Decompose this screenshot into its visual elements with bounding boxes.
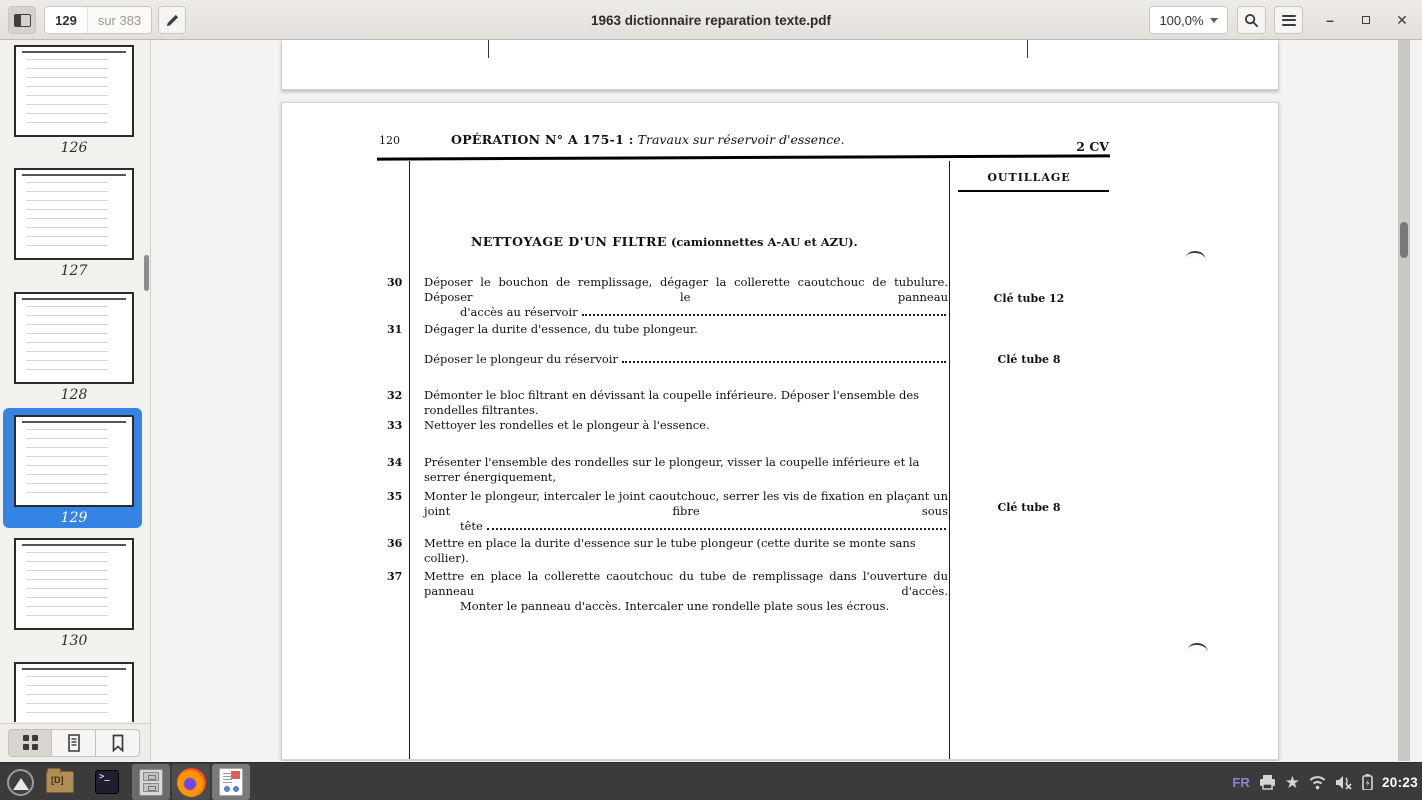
- thumbnails-view-button[interactable]: [8, 729, 52, 757]
- sidebar-mode-bar: [0, 723, 150, 761]
- minimize-icon: –: [1326, 12, 1334, 28]
- thumbnail-label: 128: [14, 387, 134, 403]
- close-icon: ✕: [1396, 12, 1408, 29]
- step-text: Déposer le plongeur du réservoir: [424, 352, 618, 367]
- battery-charging-icon[interactable]: [1362, 774, 1373, 790]
- scan-artifact: [1186, 250, 1207, 260]
- operation-title: OPÉRATION N° A 175-1 : Travaux sur réser…: [451, 132, 845, 147]
- thumbnail-image: [14, 662, 134, 722]
- thumbnail-image: [14, 538, 134, 630]
- vehicle-model: 2 CV: [1052, 139, 1109, 154]
- tool-cle-tube-8: Clé tube 8: [949, 501, 1109, 514]
- system-tray: FR ★ 20:23: [1232, 763, 1418, 800]
- step-number: 31: [387, 322, 413, 337]
- tool-cle-tube-8: Clé tube 8: [949, 353, 1109, 366]
- thumbnail-page-130[interactable]: 130: [14, 538, 134, 649]
- close-button[interactable]: ✕: [1390, 8, 1414, 32]
- star-icon[interactable]: ★: [1285, 774, 1300, 791]
- step-number: 34: [387, 455, 413, 470]
- thumbnail-page-131[interactable]: [14, 662, 134, 722]
- thumbnail-image: [14, 168, 134, 260]
- file-browser-launcher[interactable]: [41, 764, 79, 800]
- step-33: 33 Nettoyer les rondelles et le plongeur…: [424, 418, 948, 433]
- step-text: Démonter le bloc filtrant en dévissant l…: [424, 388, 948, 418]
- minimize-button[interactable]: –: [1318, 8, 1342, 32]
- pencil-icon: [165, 13, 180, 28]
- step-35: 35 Monter le plongeur, intercaler le joi…: [424, 489, 948, 534]
- annotations-view-button[interactable]: [52, 729, 96, 757]
- thumbnail-page-129-selected[interactable]: 129: [14, 415, 134, 526]
- thumbnail-label: 129: [14, 510, 134, 526]
- rule-tick: [1027, 40, 1028, 58]
- main-scrollbar-thumb[interactable]: [1400, 222, 1408, 258]
- thumbnail-sidebar: 126 127 128 129 130: [0, 40, 151, 761]
- step-30: 30 Déposer le bouchon de remplissage, dé…: [424, 275, 948, 320]
- menu-button[interactable]: [1274, 6, 1303, 34]
- printer-icon[interactable]: [1259, 774, 1276, 790]
- step-number: 36: [387, 536, 413, 551]
- document-viewer-app[interactable]: [212, 764, 250, 800]
- firefox-launcher[interactable]: [172, 764, 210, 800]
- step-text: d'accès au réservoir: [460, 305, 578, 320]
- sidebar-toggle-button[interactable]: [8, 6, 36, 34]
- dock: [0, 763, 251, 800]
- restore-button[interactable]: [1354, 8, 1378, 32]
- previous-page-bottom: [281, 40, 1279, 90]
- outillage-header: OUTILLAGE: [949, 171, 1109, 184]
- dotted-leader: [487, 528, 946, 530]
- step-32: 32 Démonter le bloc filtrant en dévissan…: [424, 388, 948, 418]
- keyboard-layout-indicator[interactable]: FR: [1232, 775, 1249, 790]
- step-31-continuation: Déposer le plongeur du réservoir: [424, 352, 948, 367]
- step-text: tête: [460, 519, 483, 534]
- annotate-button[interactable]: [158, 6, 186, 34]
- step-number: 32: [387, 388, 413, 403]
- bookmarks-view-button[interactable]: [96, 729, 140, 757]
- search-button[interactable]: [1237, 6, 1266, 34]
- bookmark-icon: [111, 734, 125, 752]
- step-text: Nettoyer les rondelles et le plongeur à …: [424, 418, 948, 433]
- section-title: NETTOYAGE D'UN FILTRE (camionnettes A-AU…: [471, 234, 858, 249]
- step-text: Monter le panneau d'accès. Intercaler un…: [460, 599, 948, 614]
- step-text: Monter le plongeur, intercaler le joint …: [424, 489, 948, 519]
- step-37: 37 Mettre en place la collerette caoutch…: [424, 569, 948, 614]
- file-cabinet-app[interactable]: [132, 764, 170, 800]
- terminal-launcher[interactable]: [88, 764, 126, 800]
- chevron-down-icon: [1210, 18, 1218, 23]
- document-view[interactable]: 120 OPÉRATION N° A 175-1 : Travaux sur r…: [152, 40, 1410, 761]
- step-number: 37: [387, 569, 413, 584]
- step-text: Présenter l'ensemble des rondelles sur l…: [424, 455, 948, 485]
- thumbnail-label: 127: [14, 263, 134, 279]
- terminal-icon: [95, 770, 119, 794]
- right-column-rule: [949, 161, 950, 759]
- firefox-icon: [177, 768, 206, 797]
- dotted-leader: [582, 314, 946, 316]
- printed-page-number: 120: [379, 134, 400, 147]
- scan-artifact: [1188, 642, 1209, 652]
- thumbnail-label: 126: [14, 140, 134, 156]
- step-31: 31 Dégager la durite d'essence, du tube …: [424, 322, 948, 337]
- main-scrollbar-track[interactable]: [1398, 40, 1410, 761]
- thumbnail-image: [14, 292, 134, 384]
- thumbnail-page-127[interactable]: 127: [14, 168, 134, 279]
- page-total-label: sur 383: [87, 7, 151, 33]
- step-number: 35: [387, 489, 413, 504]
- step-text: Dégager la durite d'essence, du tube plo…: [424, 322, 948, 337]
- header-rule: [377, 154, 1110, 160]
- thumbnail-page-128[interactable]: 128: [14, 292, 134, 403]
- step-text: Mettre en place la collerette caoutchouc…: [424, 569, 948, 599]
- step-34: 34 Présenter l'ensemble des rondelles su…: [424, 455, 948, 485]
- wifi-icon[interactable]: [1309, 775, 1326, 790]
- step-text: Mettre en place la durite d'essence sur …: [424, 536, 948, 566]
- rule-tick: [488, 40, 489, 58]
- zoom-level-dropdown[interactable]: 100,0%: [1149, 6, 1228, 34]
- search-icon: [1244, 13, 1259, 28]
- step-number: 30: [387, 275, 413, 290]
- sidebar-scrollbar[interactable]: [144, 255, 149, 291]
- page-navigation: sur 383: [44, 6, 152, 34]
- activities-button[interactable]: [1, 764, 39, 800]
- hamburger-icon: [1282, 15, 1296, 26]
- step-number: 33: [387, 418, 413, 433]
- tool-cle-tube-12: Clé tube 12: [949, 292, 1109, 305]
- toolbar: 1963 dictionnaire reparation texte.pdf s…: [0, 0, 1422, 40]
- clock[interactable]: 20:23: [1382, 775, 1418, 790]
- distro-logo-icon: [7, 769, 34, 796]
- taskbar: FR ★ 20:23: [0, 762, 1422, 800]
- grid-icon: [23, 735, 38, 750]
- step-text: Déposer le bouchon de remplissage, dégag…: [424, 275, 948, 305]
- thumbnail-image: [14, 45, 134, 137]
- volume-muted-icon[interactable]: [1335, 775, 1353, 790]
- sidebar-icon: [14, 14, 31, 27]
- restore-icon: [1362, 16, 1370, 24]
- thumbnail-image: [14, 415, 134, 507]
- folder-icon: [46, 771, 74, 793]
- file-cabinet-icon: [139, 769, 163, 796]
- notes-icon: [66, 734, 82, 752]
- document-viewer-icon: [219, 768, 243, 796]
- thumbnail-label: 130: [14, 633, 134, 649]
- step-36: 36 Mettre en place la durite d'essence s…: [424, 536, 948, 566]
- zoom-level-value: 100,0%: [1159, 13, 1203, 28]
- page-number-input[interactable]: [45, 7, 87, 33]
- pdf-page-129: 120 OPÉRATION N° A 175-1 : Travaux sur r…: [281, 102, 1279, 760]
- thumbnail-page-126[interactable]: 126: [14, 45, 134, 156]
- outillage-underline: [958, 190, 1109, 192]
- dotted-leader: [622, 361, 946, 363]
